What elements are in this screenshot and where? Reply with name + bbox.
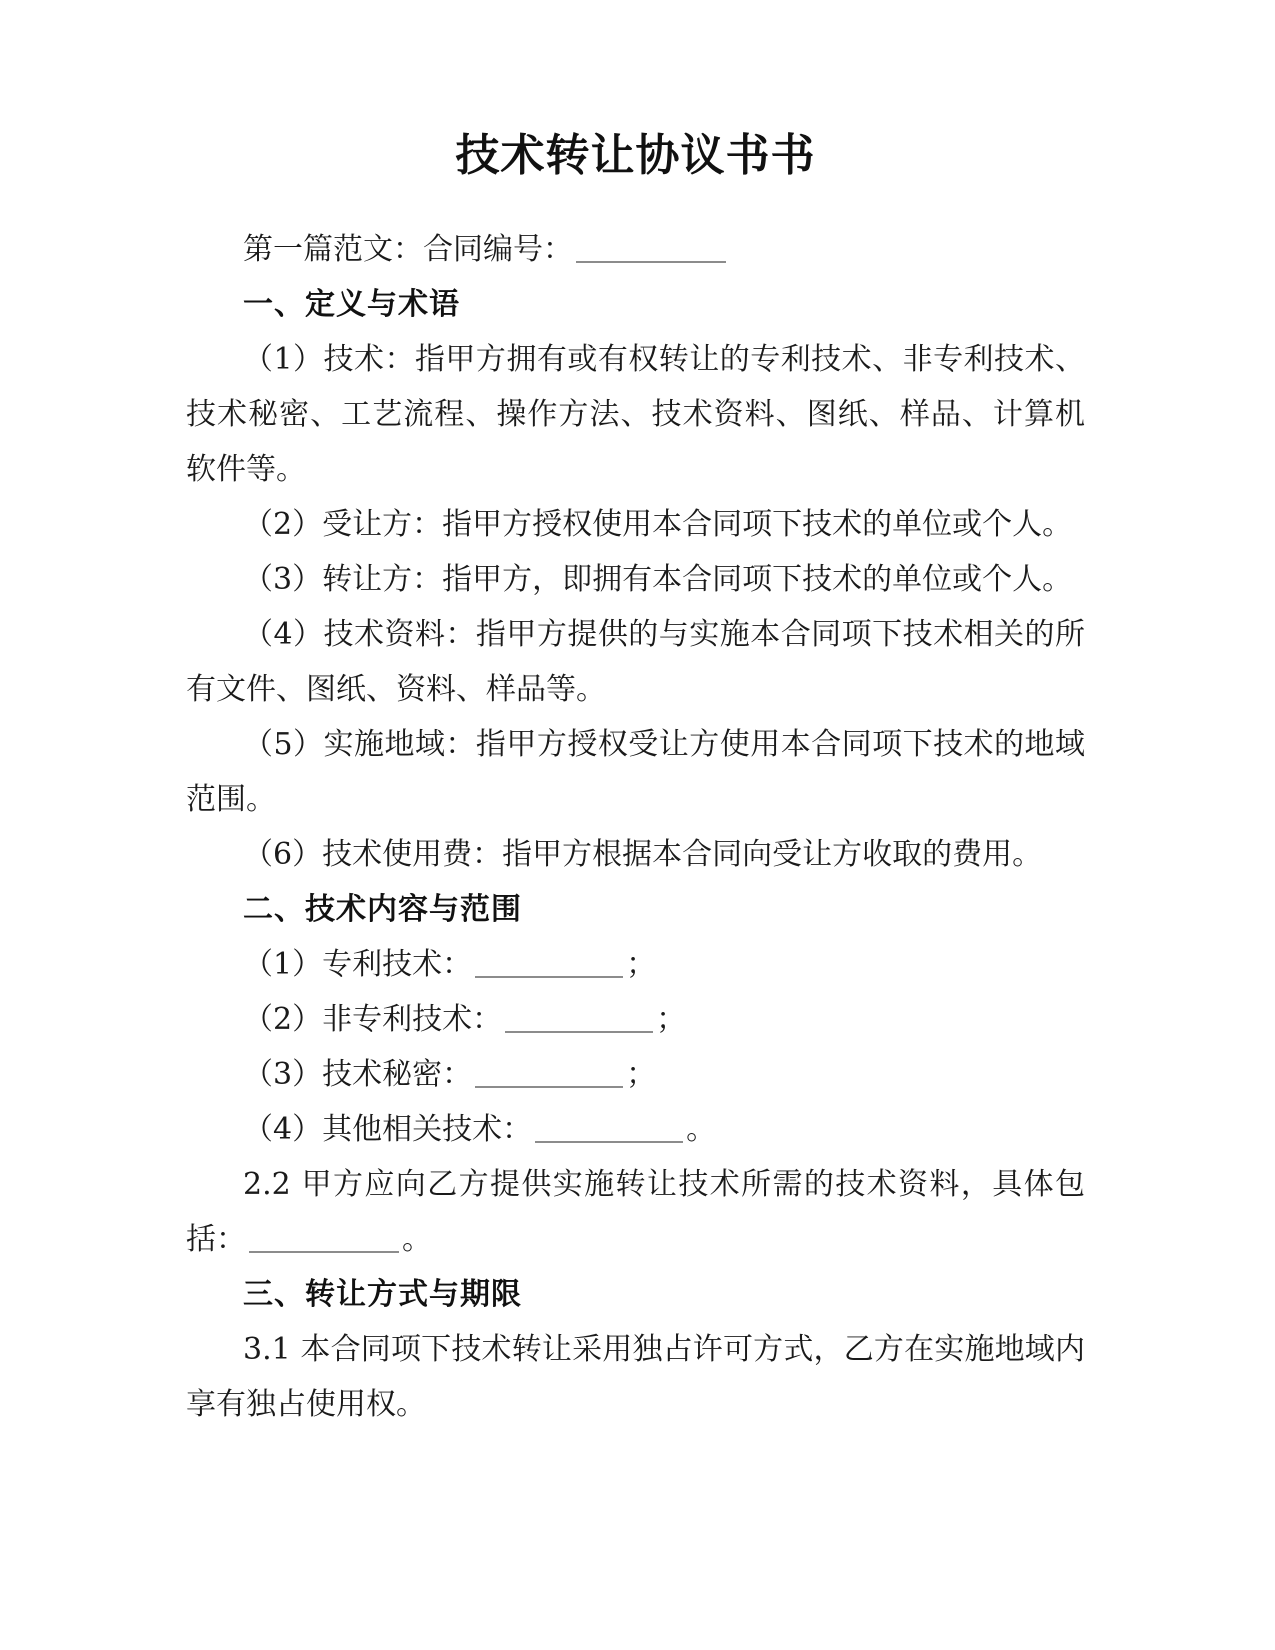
text-run: （3）技术秘密： (243, 1057, 472, 1092)
fill-in-blank (576, 235, 726, 263)
paragraph: （2）受让方：指甲方授权使用本合同项下技术的单位或个人。 (186, 497, 1085, 552)
paragraph: （1）专利技术：； (186, 937, 1085, 992)
paragraph: （3）转让方：指甲方，即拥有本合同项下技术的单位或个人。 (186, 552, 1085, 607)
text-run: ； (626, 947, 656, 982)
paragraph: （4）技术资料：指甲方提供的与实施本合同项下技术相关的所有文件、图纸、资料、样品… (186, 607, 1085, 717)
paragraph: （1）技术：指甲方拥有或有权转让的专利技术、非专利技术、技术秘密、工艺流程、操作… (186, 332, 1085, 497)
paragraph: （3）技术秘密：； (186, 1047, 1085, 1102)
fill-in-blank (249, 1225, 399, 1253)
text-run: （2）非专利技术： (243, 1002, 502, 1037)
document-page: 技术转让协议书书 第一篇范文：合同编号：一、定义与术语（1）技术：指甲方拥有或有… (0, 0, 1275, 1650)
paragraph: 第一篇范文：合同编号： (186, 222, 1085, 277)
paragraph: （5）实施地域：指甲方授权受让方使用本合同项下技术的地域范围。 (186, 717, 1085, 827)
text-run: （4）其他相关技术： (243, 1112, 532, 1147)
fill-in-blank (505, 1005, 653, 1033)
section-heading: 二、技术内容与范围 (186, 882, 1085, 937)
paragraph: 3.1 本合同项下技术转让采用独占许可方式，乙方在实施地域内享有独占使用权。 (186, 1322, 1085, 1432)
document-title: 技术转让协议书书 (186, 126, 1085, 186)
paragraph: （4）其他相关技术：。 (186, 1102, 1085, 1157)
paragraph: （6）技术使用费：指甲方根据本合同向受让方收取的费用。 (186, 827, 1085, 882)
section-heading: 一、定义与术语 (186, 277, 1085, 332)
fill-in-blank (475, 950, 623, 978)
section-heading: 三、转让方式与期限 (186, 1267, 1085, 1322)
paragraph: 2.2 甲方应向乙方提供实施转让技术所需的技术资料，具体包括：。 (186, 1157, 1085, 1267)
text-run: 。 (686, 1112, 716, 1147)
fill-in-blank (475, 1060, 623, 1088)
fill-in-blank (535, 1115, 683, 1143)
text-run: 。 (402, 1222, 432, 1257)
text-run: 第一篇范文：合同编号： (243, 232, 573, 267)
document-content: 技术转让协议书书 第一篇范文：合同编号：一、定义与术语（1）技术：指甲方拥有或有… (0, 0, 1275, 1432)
paragraph: （2）非专利技术：； (186, 992, 1085, 1047)
document-body: 第一篇范文：合同编号：一、定义与术语（1）技术：指甲方拥有或有权转让的专利技术、… (186, 222, 1085, 1432)
text-run: ； (626, 1057, 656, 1092)
text-run: （1）专利技术： (243, 947, 472, 982)
text-run: ； (656, 1002, 686, 1037)
